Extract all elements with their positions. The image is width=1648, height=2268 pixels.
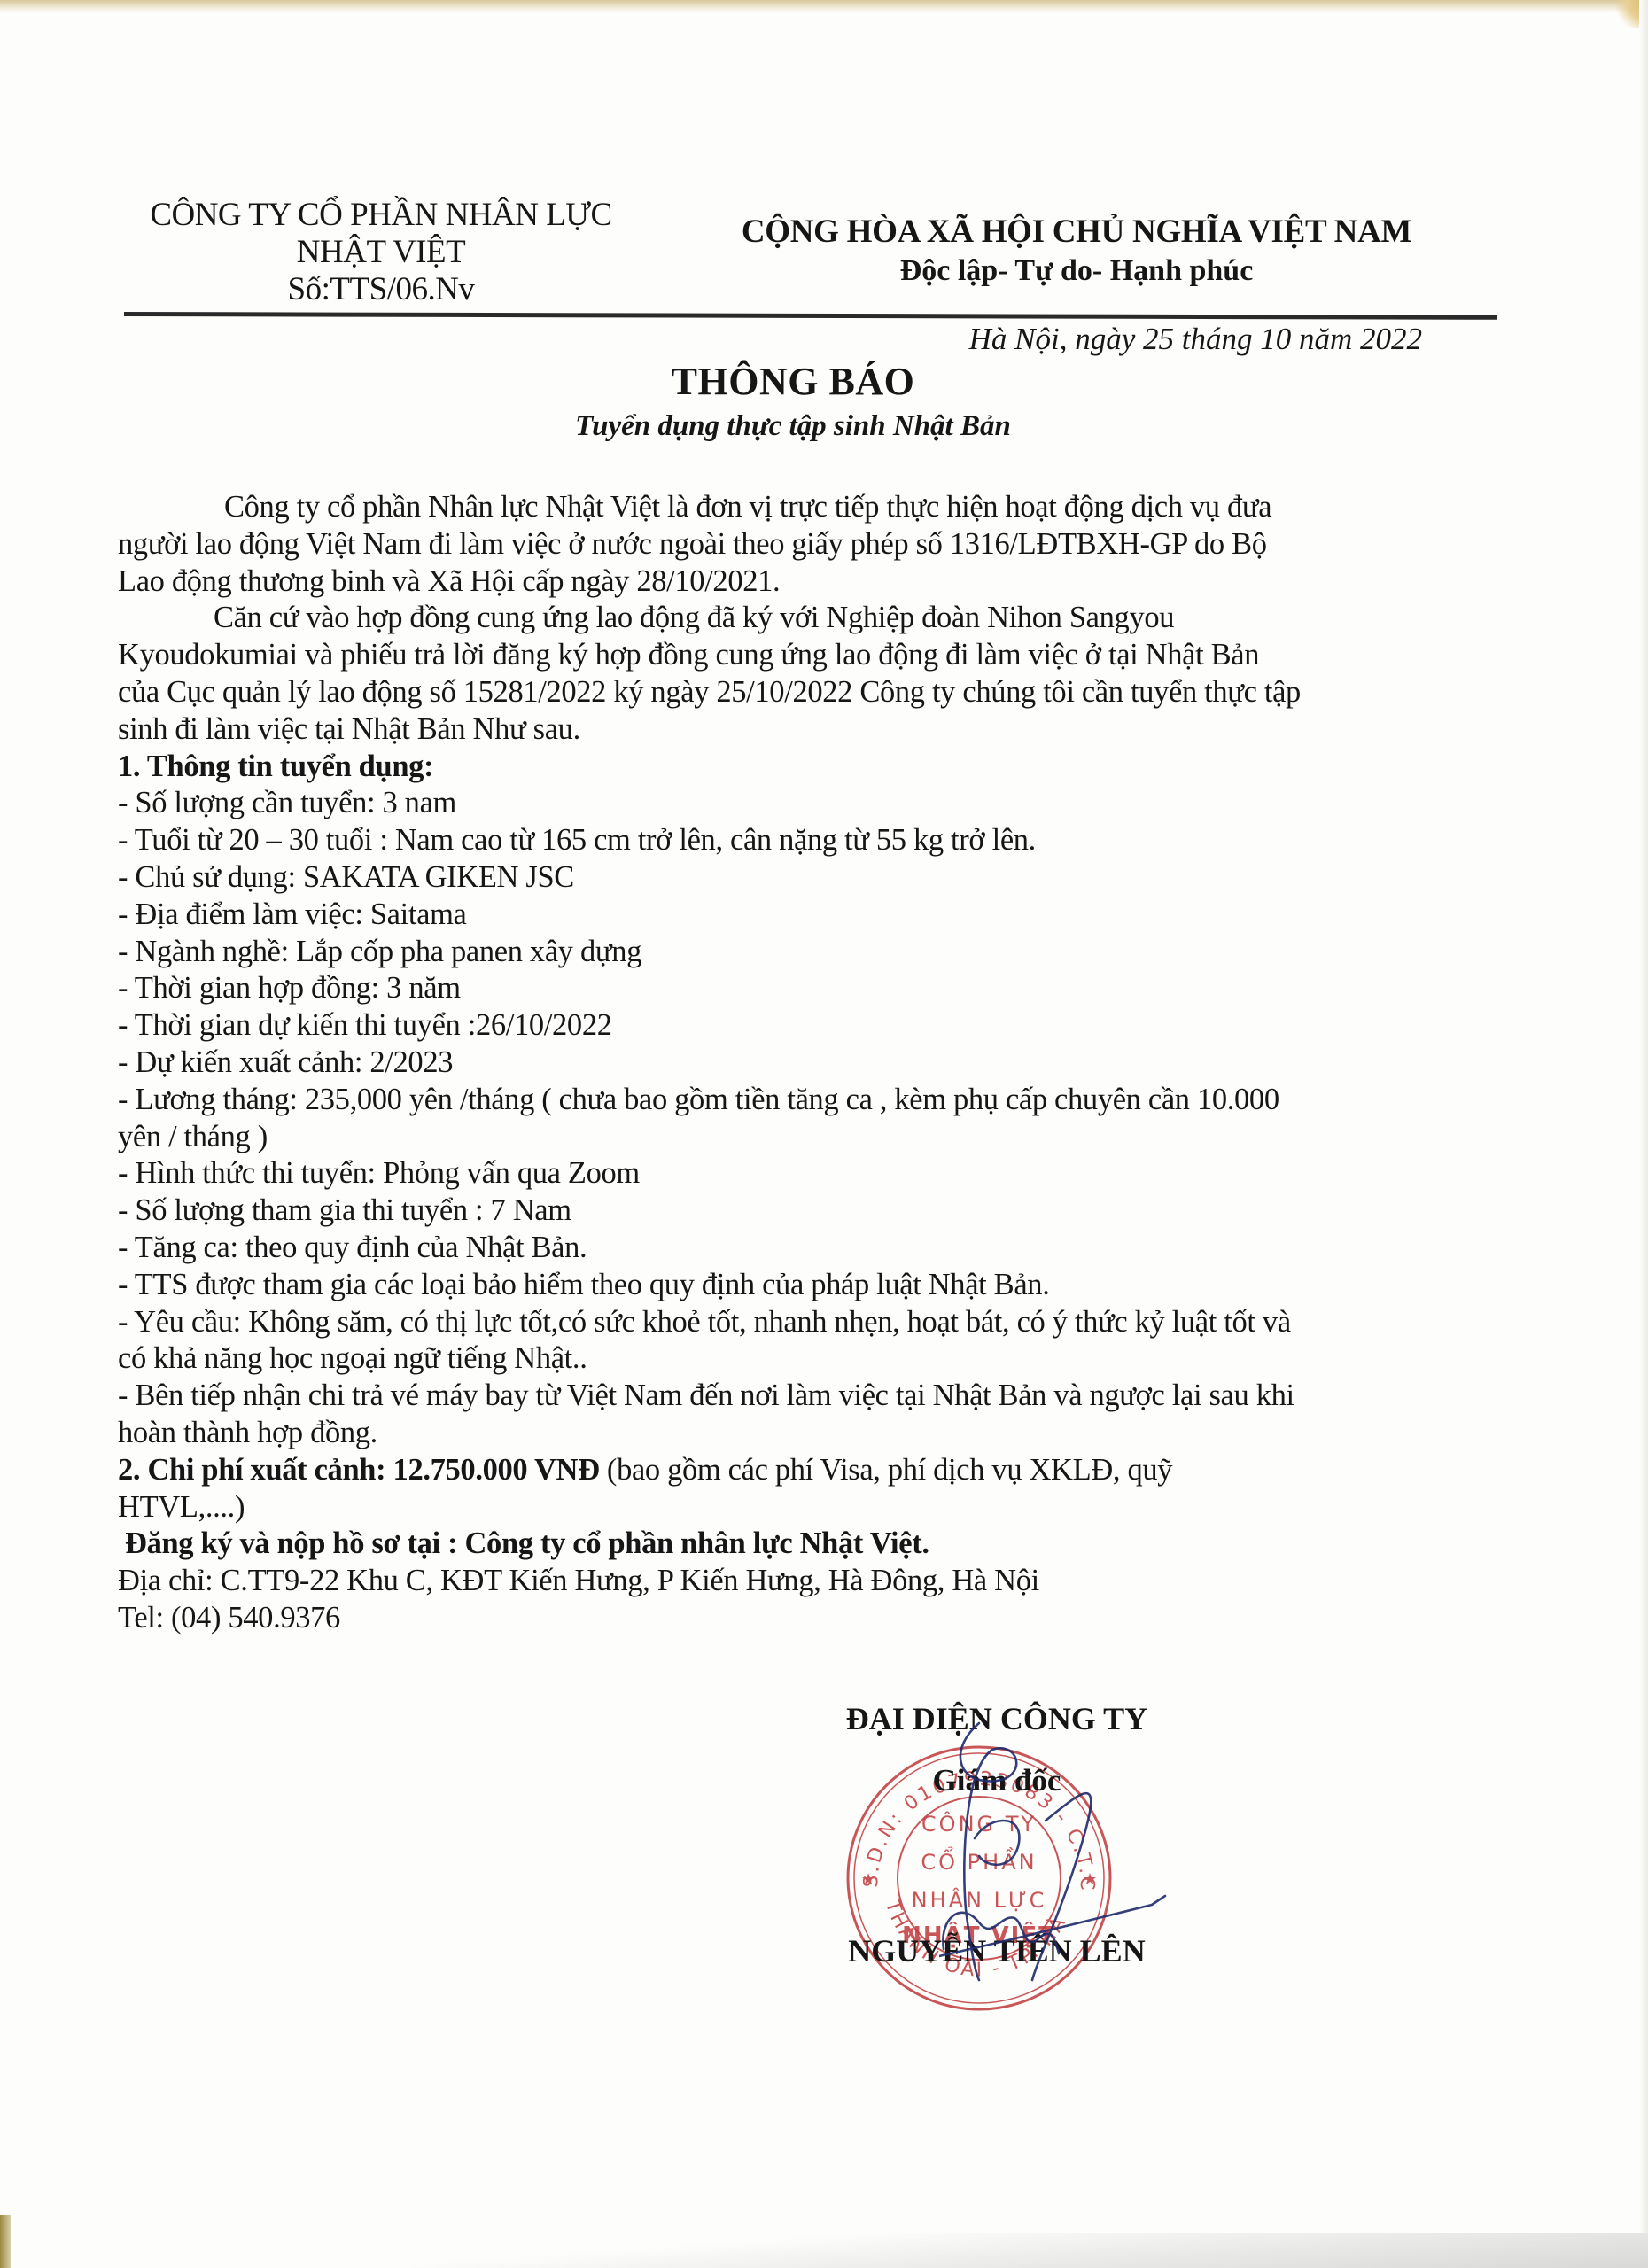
document-title: THÔNG BÁO [0, 359, 1586, 405]
text-line: - Chủ sử dụng: SAKATA GIKEN JSC [118, 859, 1447, 897]
page-curl [0, 2233, 1648, 2268]
text-line: - Tăng ca: theo quy định của Nhật Bản. [118, 1230, 1447, 1267]
section-1-heading: 1. Thông tin tuyển dụng: [118, 749, 1447, 786]
svg-text:★: ★ [861, 1870, 875, 1889]
info-item: - Tuổi từ 20 – 30 tuổi : Nam cao từ 165 … [118, 822, 1447, 859]
text-line: Công ty cổ phần Nhân lực Nhật Việt là đơ… [118, 489, 1447, 526]
text-line: - Thời gian hợp đồng: 3 năm [118, 970, 1447, 1007]
header-divider [124, 312, 1497, 320]
national-motto: Độc lập- Tự do- Hạnh phúc [682, 252, 1471, 291]
date-line: Hà Nội, ngày 25 tháng 10 năm 2022 [969, 321, 1422, 358]
scan-top-edge [0, 0, 1648, 12]
text-line: có khả năng học ngoại ngữ tiếng Nhật.. [118, 1340, 1447, 1378]
text-line: - Bên tiếp nhận chi trả vé máy bay từ Vi… [118, 1378, 1447, 1415]
text-line: - Hình thức thi tuyển: Phỏng vấn qua Zoo… [118, 1155, 1447, 1192]
info-item: - Thời gian dự kiến thi tuyển :26/10/202… [118, 1007, 1447, 1045]
scan-right-edge [1639, 0, 1648, 2268]
text-line: sinh đi làm việc tại Nhật Bản Như sau. [118, 711, 1447, 749]
section-2-heading: 2. Chi phí xuất cảnh: 12.750.000 VNĐ [118, 1453, 600, 1487]
text-line: Lao động thương binh và Xã Hội cấp ngày … [118, 563, 1447, 601]
text-line: - Địa điểm làm việc: Saitama [118, 897, 1447, 934]
section-2-detail: (bao gồm các phí Visa, phí dịch vụ XKLĐ,… [600, 1453, 1173, 1487]
info-item: - Tăng ca: theo quy định của Nhật Bản. [118, 1230, 1447, 1267]
address-line: Địa chỉ: C.TT9-22 Khu C, KĐT Kiến Hưng, … [118, 1563, 1447, 1600]
text-line: người lao động Việt Nam đi làm việc ở nư… [118, 526, 1447, 563]
text-line: của Cục quản lý lao động số 15281/2022 k… [118, 674, 1447, 711]
text-line: - Thời gian dự kiến thi tuyển :26/10/202… [118, 1007, 1447, 1045]
section-2: 2. Chi phí xuất cảnh: 12.750.000 VNĐ (ba… [118, 1452, 1447, 1526]
intro-paragraph-1: Công ty cổ phần Nhân lực Nhật Việt là đơ… [118, 489, 1447, 600]
text-line: - Số lượng tham gia thi tuyển : 7 Nam [118, 1192, 1447, 1230]
text-line: hoàn thành hợp đồng. [118, 1415, 1447, 1452]
company-name-line1: CÔNG TY CỔ PHẦN NHÂN LỰC [115, 197, 647, 234]
registration-line: Đăng ký và nộp hồ sơ tại : Công ty cổ ph… [118, 1526, 1447, 1563]
info-item: - Ngành nghề: Lắp cốp pha panen xây dựng [118, 934, 1447, 971]
info-item: - TTS được tham gia các loại bảo hiểm th… [118, 1267, 1447, 1304]
intro-paragraph-2: Căn cứ vào hợp đồng cung ứng lao động đã… [118, 600, 1447, 748]
text-line: Kyoudokumiai và phiếu trả lời đăng ký hợ… [118, 637, 1447, 674]
nation-title: CỘNG HÒA XÃ HỘI CHỦ NGHĨA VIỆT NAM [682, 213, 1471, 252]
info-item: - Địa điểm làm việc: Saitama [118, 897, 1447, 934]
text-line: - Lương tháng: 235,000 yên /tháng ( chưa… [118, 1082, 1447, 1119]
info-item: - Bên tiếp nhận chi trả vé máy bay từ Vi… [118, 1378, 1447, 1452]
info-item: - Thời gian hợp đồng: 3 năm [118, 970, 1447, 1007]
text-line: - Ngành nghề: Lắp cốp pha panen xây dựng [118, 934, 1447, 971]
document-body: Công ty cổ phần Nhân lực Nhật Việt là đơ… [118, 489, 1447, 1637]
company-header: CÔNG TY CỔ PHẦN NHÂN LỰC NHẬT VIỆT Số:TT… [115, 197, 647, 308]
text-line: yên / tháng ) [118, 1119, 1447, 1156]
text-line: - Yêu cầu: Không săm, có thị lực tốt,có … [118, 1304, 1447, 1341]
handwritten-signature [939, 1714, 1232, 2007]
national-header: CỘNG HÒA XÃ HỘI CHỦ NGHĨA VIỆT NAM Độc l… [682, 213, 1471, 291]
info-item: - Hình thức thi tuyển: Phỏng vấn qua Zoo… [118, 1155, 1447, 1192]
company-name-line2: NHẬT VIỆT [115, 234, 647, 271]
info-item: - Số lượng cần tuyển: 3 nam [118, 785, 1447, 822]
phone-line: Tel: (04) 540.9376 [118, 1600, 1447, 1637]
info-item: - Yêu cầu: Không săm, có thị lực tốt,có … [118, 1304, 1447, 1379]
section-2-detail-cont: HTVL,....) [118, 1489, 1447, 1526]
text-line: - Dự kiến xuất cảnh: 2/2023 [118, 1045, 1447, 1082]
text-line: - TTS được tham gia các loại bảo hiểm th… [118, 1267, 1447, 1304]
recruitment-info-list: - Số lượng cần tuyển: 3 nam- Tuổi từ 20 … [118, 785, 1447, 1451]
info-item: - Chủ sử dụng: SAKATA GIKEN JSC [118, 859, 1447, 897]
text-line: - Tuổi từ 20 – 30 tuổi : Nam cao từ 165 … [118, 822, 1447, 859]
document-subtitle: Tuyển dụng thực tập sinh Nhật Bản [0, 408, 1586, 445]
info-item: - Dự kiến xuất cảnh: 2/2023 [118, 1045, 1447, 1082]
info-item: - Số lượng tham gia thi tuyển : 7 Nam [118, 1192, 1447, 1230]
info-item: - Lương tháng: 235,000 yên /tháng ( chưa… [118, 1082, 1447, 1156]
text-line: Căn cứ vào hợp đồng cung ứng lao động đã… [118, 600, 1447, 637]
document-number: Số:TTS/06.Nv [115, 271, 647, 308]
text-line: - Số lượng cần tuyển: 3 nam [118, 785, 1447, 822]
